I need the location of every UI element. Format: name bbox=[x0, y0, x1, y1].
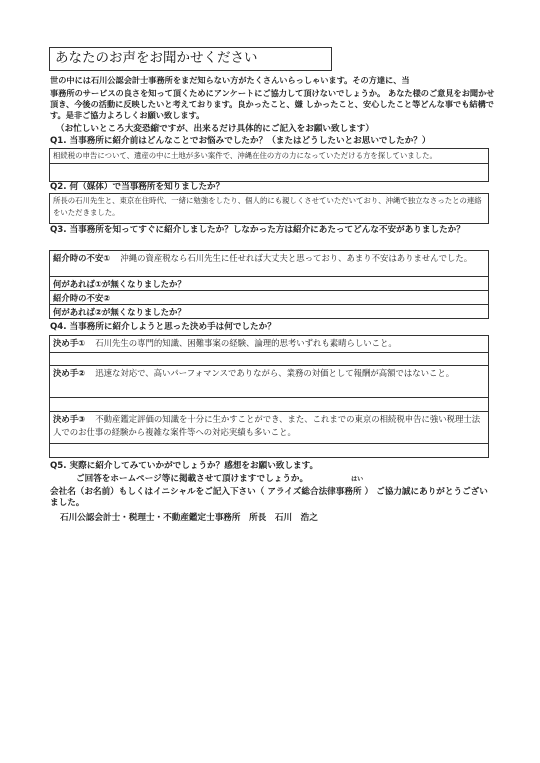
q3-row-label: 紹介時の不安① bbox=[53, 253, 110, 263]
q3-row-label: 紹介時の不安② bbox=[53, 293, 110, 303]
publish-answer: はい bbox=[351, 476, 363, 483]
company-line: 会社名（お名前）もしくはイニシャルをご記入下さい（ アライズ総合法律事務所 ） … bbox=[50, 487, 495, 509]
q3-question: Q3. 当事務所を知ってすぐに紹介しましたか？しなかった方は紹介にあたってどんな… bbox=[50, 224, 495, 237]
page-title: あなたのお声をお聞かせください bbox=[49, 47, 332, 71]
q3-row-resolve-2: 何があれば②が無くなりましたか？ bbox=[50, 305, 488, 318]
q4-row-blank bbox=[50, 398, 488, 412]
q4-row-reason-2: 決め手②迅速な対応で、高いパーフォマンスでありながら、業務の対価として報酬が高額… bbox=[50, 366, 488, 398]
publish-question: ご回答をホームページ等に掲載させて頂けますでしょうか。 bbox=[76, 474, 308, 484]
intro-paragraph: 事務所のサービスの良さを知って頂くためにアンケートにご協力して頂けないでしょうか… bbox=[50, 88, 495, 121]
q3-answer-box: 紹介時の不安①沖縄の資産税なら石川先生に任せれば大丈夫と思っており、あまり不安は… bbox=[49, 250, 489, 319]
q2-answer-box: 所長の石川先生と、東京在住時代、一緒に勉強をしたり、個人的にも親しくさせていただ… bbox=[49, 193, 489, 224]
q5-question: Q5. 実際に紹介してみていかがでしょうか？感想をお願い致します。 bbox=[50, 460, 495, 472]
q4-row-reason-3: 決め手③不動産鑑定評価の知識を十分に生かすことができ、また、これまでの東京の相続… bbox=[50, 412, 488, 444]
q1-answer-blank bbox=[50, 164, 488, 181]
q1-question: Q1. 当事務所に紹介前はどんなことでお悩みでしたか？（またはどうしたいとお思い… bbox=[50, 135, 495, 147]
q4-row-reason-1: 決め手①石川先生の専門的知識、困難事案の経験、論理的思考いずれも素晴らしいこと。 bbox=[50, 336, 488, 353]
q4-row-text: 不動産鑑定評価の知識を十分に生かすことができ、また、これまでの東京の相続税申告に… bbox=[53, 414, 480, 437]
intro-note: （お忙しいところ大変恐縮ですが、出来るだけ具体的にご記入をお願い致します） bbox=[56, 123, 501, 135]
q4-question: Q4. 当事務所に紹介しようと思った決め手は何でしたか？ bbox=[50, 321, 495, 333]
q4-row-blank bbox=[50, 353, 488, 366]
q4-row-text: 迅速な対応で、高いパーフォマンスでありながら、業務の対価として報酬が高額ではない… bbox=[95, 368, 454, 378]
q4-row-label: 決め手① bbox=[53, 338, 85, 348]
q3-row-resolve-1: 何があれば①が無くなりましたか？ bbox=[50, 277, 488, 291]
signature: 石川公認会計士・税理士・不動産鑑定士事務所 所長 石川 浩之 bbox=[60, 512, 505, 524]
q4-row-label: 決め手② bbox=[53, 368, 85, 378]
q3-row-concern-1: 紹介時の不安①沖縄の資産税なら石川先生に任せれば大丈夫と思っており、あまり不安は… bbox=[50, 251, 488, 277]
q4-row-blank bbox=[50, 444, 488, 457]
company-prompt: 会社名（お名前）もしくはイニシャルをご記入下さい（ bbox=[50, 487, 264, 497]
q1-answer-box: 相続税の申告について、遺産の中に土地が多い案件で、沖縄在住の方の力になっていただ… bbox=[49, 148, 489, 182]
q2-answer: 所長の石川先生と、東京在住時代、一緒に勉強をしたり、個人的にも親しくさせていただ… bbox=[50, 194, 488, 223]
publish-consent: ご回答をホームページ等に掲載させて頂けますでしょうか。 はい bbox=[76, 473, 496, 486]
q4-row-text: 石川先生の専門的知識、困難事案の経験、論理的思考いずれも素晴らしいこと。 bbox=[95, 338, 397, 348]
q3-row-label: 何があれば①が無くなりましたか？ bbox=[53, 279, 186, 289]
intro-line1: 世の中には石川公認会計士事務所をまだ知らない方がたくさんいらっしゃいます。その方… bbox=[50, 75, 495, 86]
q3-row-label: 何があれば②が無くなりましたか？ bbox=[53, 307, 186, 317]
q2-question: Q2. 何（媒体）で当事務所を知りましたか？ bbox=[50, 181, 495, 193]
q1-answer: 相続税の申告について、遺産の中に土地が多い案件で、沖縄在住の方の力になっていただ… bbox=[50, 149, 488, 164]
q4-answer-box: 決め手①石川先生の専門的知識、困難事案の経験、論理的思考いずれも素晴らしいこと。… bbox=[49, 335, 489, 458]
q3-row-concern-2: 紹介時の不安② bbox=[50, 291, 488, 305]
q3-row-text: 沖縄の資産税なら石川先生に任せれば大丈夫と思っており、あまり不安はありませんでし… bbox=[120, 253, 472, 263]
company-value: アライズ総合法律事務所 bbox=[267, 487, 361, 497]
q4-row-label: 決め手③ bbox=[53, 414, 85, 424]
